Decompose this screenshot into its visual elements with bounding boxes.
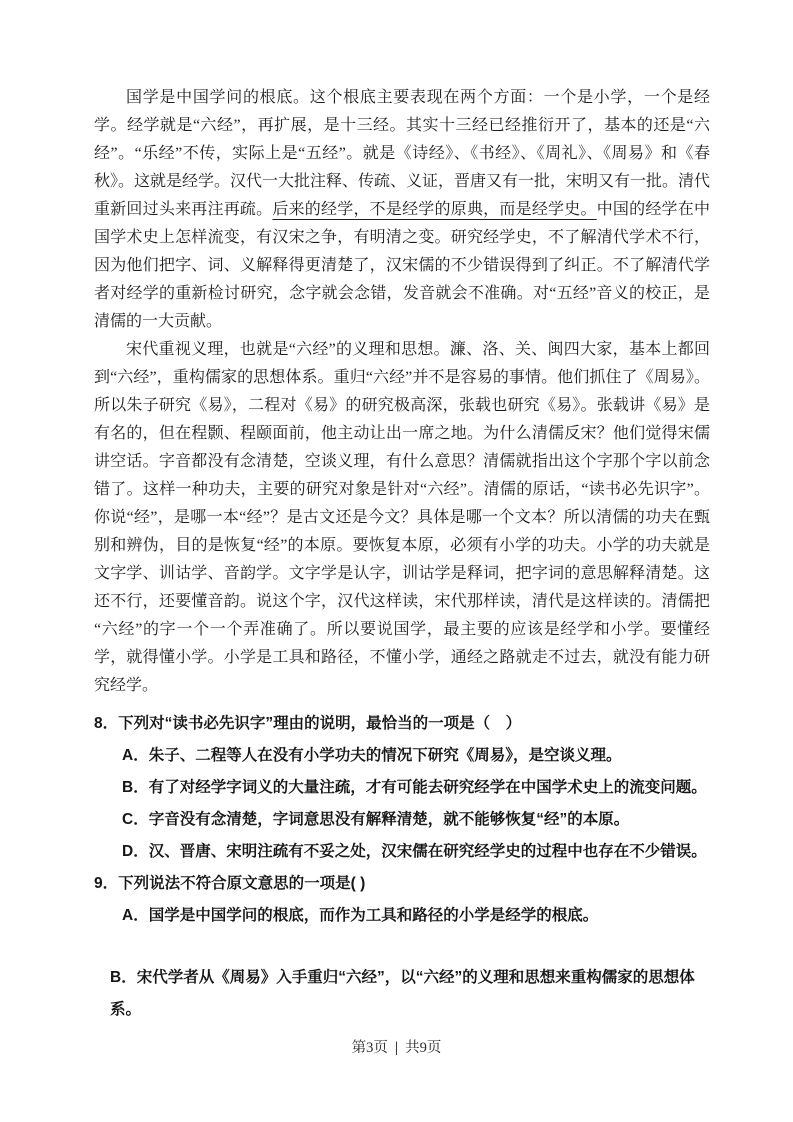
footer-separator: | [395,1040,398,1056]
paragraph1-post-text: 中国的经学在中国学术史上怎样流变，有汉宋之争，有明清之变。研究经学史，不了解清代… [94,201,710,330]
passage-paragraph-2: 宋代重视义理，也就是“六经”的义理和思想。濂、洛、关、闽四大家，基本上都回到“六… [94,336,710,700]
question-9-stem: 9．下列说法不符合原文意思的一项是( ) [94,868,710,900]
question-9-option-b: B．宋代学者从《周易》入手重归“六经”，以“六经”的义理和思想来重构儒家的思想体… [94,962,710,1026]
question-9-option-a: A．国学是中国学问的根底，而作为工具和路径的小学是经学的根底。 [94,900,710,932]
paragraph1-underlined-clause: 后来的经学，不是经学的原典，而是经学史。 [272,201,596,218]
total-pages-label: 共9页 [405,1040,441,1056]
question-8-number: 8． [94,715,118,732]
blank-gap [94,932,710,962]
question-8-option-a: A．朱子、二程等人在没有小学功夫的情况下研究《周易》，是空谈义理。 [94,740,710,772]
passage-paragraph-1: 国学是中国学问的根底。这个根底主要表现在两个方面：一个是小学，一个是经学。经学就… [94,84,710,336]
question-8-stem-text: 下列对“读书必先识字”理由的说明，最恰当的一项是（ ） [118,715,521,732]
reading-passage: 国学是中国学问的根底。这个根底主要表现在两个方面：一个是小学，一个是经学。经学就… [94,84,710,700]
paragraph1-pre-text: 国学是中国学问的根底。这个根底主要表现在两个方面：一个是小学，一个是经学。经学就… [94,89,710,218]
question-9-number: 9． [94,875,118,892]
current-page-label: 第3页 [352,1040,388,1056]
question-8-option-c: C．字音没有念清楚，字词意思没有解释清楚，就不能够恢复“经”的本原。 [94,804,710,836]
question-8-option-d: D．汉、晋唐、宋明注疏有不妥之处，汉宋儒在研究经学史的过程中也存在不少错误。 [94,836,710,868]
exam-document-page: 国学是中国学问的根底。这个根底主要表现在两个方面：一个是小学，一个是经学。经学就… [0,0,793,1122]
page-content: 国学是中国学问的根底。这个根底主要表现在两个方面：一个是小学，一个是经学。经学就… [94,84,710,1026]
page-footer: 第3页|共9页 [0,1036,793,1057]
question-8-stem: 8．下列对“读书必先识字”理由的说明，最恰当的一项是（ ） [94,708,710,740]
question-9-stem-text: 下列说法不符合原文意思的一项是( ) [118,875,365,892]
question-8-option-b: B．有了对经学字词义的大量注疏，才有可能去研究经学在中国学术史上的流变问题。 [94,772,710,804]
questions-section: 8．下列对“读书必先识字”理由的说明，最恰当的一项是（ ） A．朱子、二程等人在… [94,708,710,1026]
